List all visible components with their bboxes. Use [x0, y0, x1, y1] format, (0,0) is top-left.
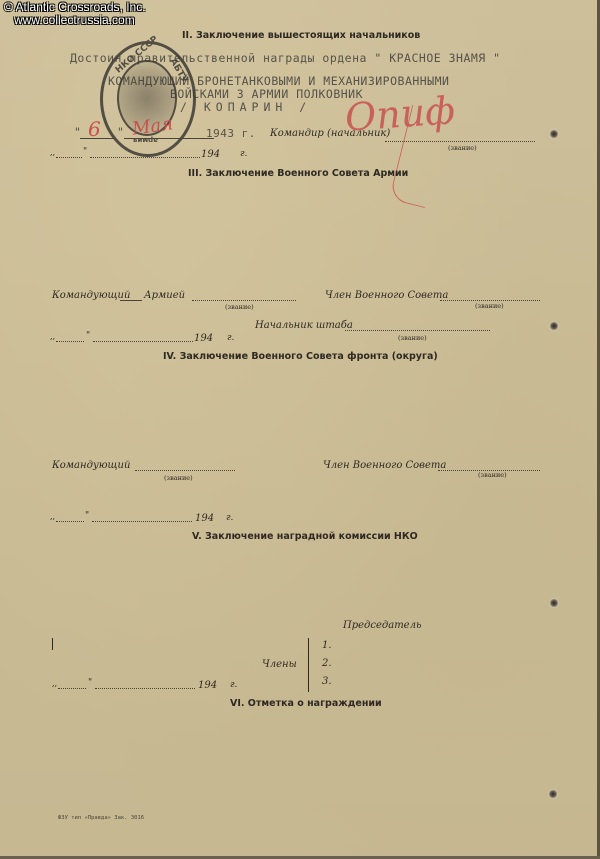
blank-date-year-suffix: г.: [240, 149, 247, 159]
front-commander-rank-label: (звание): [164, 474, 193, 482]
front-commander-signature-line[interactable]: [135, 470, 235, 471]
members-brace: [308, 638, 309, 692]
commission-date-quote: ": [88, 678, 92, 688]
blank-date-day-line[interactable]: [56, 157, 82, 158]
members-label: Члены: [262, 659, 297, 670]
member-3-number: 3.: [322, 676, 332, 687]
front-date-quote: ": [85, 511, 89, 521]
army-council-member-label: Член Военного Совета: [325, 290, 448, 301]
section-3-heading: III. Заключение Военного Совета Армии: [188, 168, 408, 179]
section-5-heading: V. Заключение наградной комиссии НКО: [192, 531, 418, 542]
award-recommendation-line-3: ВОЙСКАМИ 3 АРМИИ ПОЛКОВНИК: [170, 87, 363, 101]
punch-hole-icon: [549, 129, 559, 139]
army-commander-rank-label: (звание): [225, 303, 254, 311]
section-2-heading: II. Заключение вышестоящих начальников: [182, 30, 420, 41]
chief-of-staff-signature-line[interactable]: [345, 330, 490, 331]
date-year: 1943 г.: [206, 127, 256, 140]
army-date-quote: ": [86, 331, 90, 341]
army-council-member-rank-label: (звание): [475, 302, 504, 310]
margin-mark: [52, 638, 53, 650]
commission-date-prefix: ,,: [52, 679, 57, 688]
blank-date-month-line[interactable]: [90, 157, 200, 158]
army-date-year: 194: [194, 333, 213, 344]
front-date-day-line[interactable]: [56, 521, 84, 522]
front-council-member-rank-label: (звание): [478, 471, 507, 479]
member-2-number: 2.: [322, 658, 332, 669]
punch-hole-icon: [548, 789, 558, 799]
punch-hole-icon: [549, 321, 559, 331]
date-quote-open: ": [74, 125, 81, 139]
front-date-year: 194: [195, 513, 214, 524]
chief-of-staff-rank-label: (звание): [398, 334, 427, 342]
commander-rank-label: (звание): [448, 144, 477, 152]
member-1-number: 1.: [322, 640, 332, 651]
copyright-watermark: © Atlantic Crossroads, Inc. www.collectr…: [4, 1, 146, 27]
chairman-label: Председатель: [343, 620, 421, 631]
army-date-day-line[interactable]: [56, 341, 84, 342]
front-date-prefix: ,,: [50, 512, 55, 521]
army-date-month-line[interactable]: [93, 341, 193, 342]
chief-of-staff-label: Начальник штаба: [255, 320, 353, 331]
blank-date-prefix: ,,: [50, 148, 55, 157]
army-commander-label: Командующий: [52, 290, 130, 301]
section-6-heading: VI. Отметка о награждении: [230, 698, 382, 709]
army-date-prefix: ,,: [50, 332, 55, 341]
blank-date-year: 194: [201, 149, 220, 160]
army-label: Армией: [144, 290, 185, 301]
army-council-member-signature-line[interactable]: [440, 300, 540, 301]
commission-date-year-suffix: г.: [230, 680, 237, 690]
front-council-member-label: Член Военного Совета: [323, 460, 446, 471]
front-date-year-suffix: г.: [226, 513, 233, 523]
section-4-heading: IV. Заключение Военного Совета фронта (о…: [163, 351, 438, 362]
front-date-month-line[interactable]: [92, 521, 192, 522]
commission-date-day-line[interactable]: [58, 688, 86, 689]
printer-mark: ФЗУ тип «Правда» Зак. 3016: [58, 815, 144, 821]
commission-date-year: 194: [198, 680, 217, 691]
watermark-url: www.collectrussia.com: [4, 14, 146, 27]
commission-date-month-line[interactable]: [95, 688, 195, 689]
army-commander-underline: [120, 300, 142, 301]
date-quote-close: ": [117, 125, 124, 139]
front-commander-label: Командующий: [52, 460, 130, 471]
handwritten-day: 6: [88, 117, 101, 141]
army-date-year-suffix: г.: [227, 333, 234, 343]
blank-date-quote: ": [83, 147, 87, 157]
award-recommendation-line-4: / КОПАРИН /: [180, 100, 311, 114]
punch-hole-icon: [549, 598, 559, 608]
army-commander-signature-line[interactable]: [192, 300, 296, 301]
official-stamp: НКО СССР АБТУ армия: [100, 41, 196, 157]
